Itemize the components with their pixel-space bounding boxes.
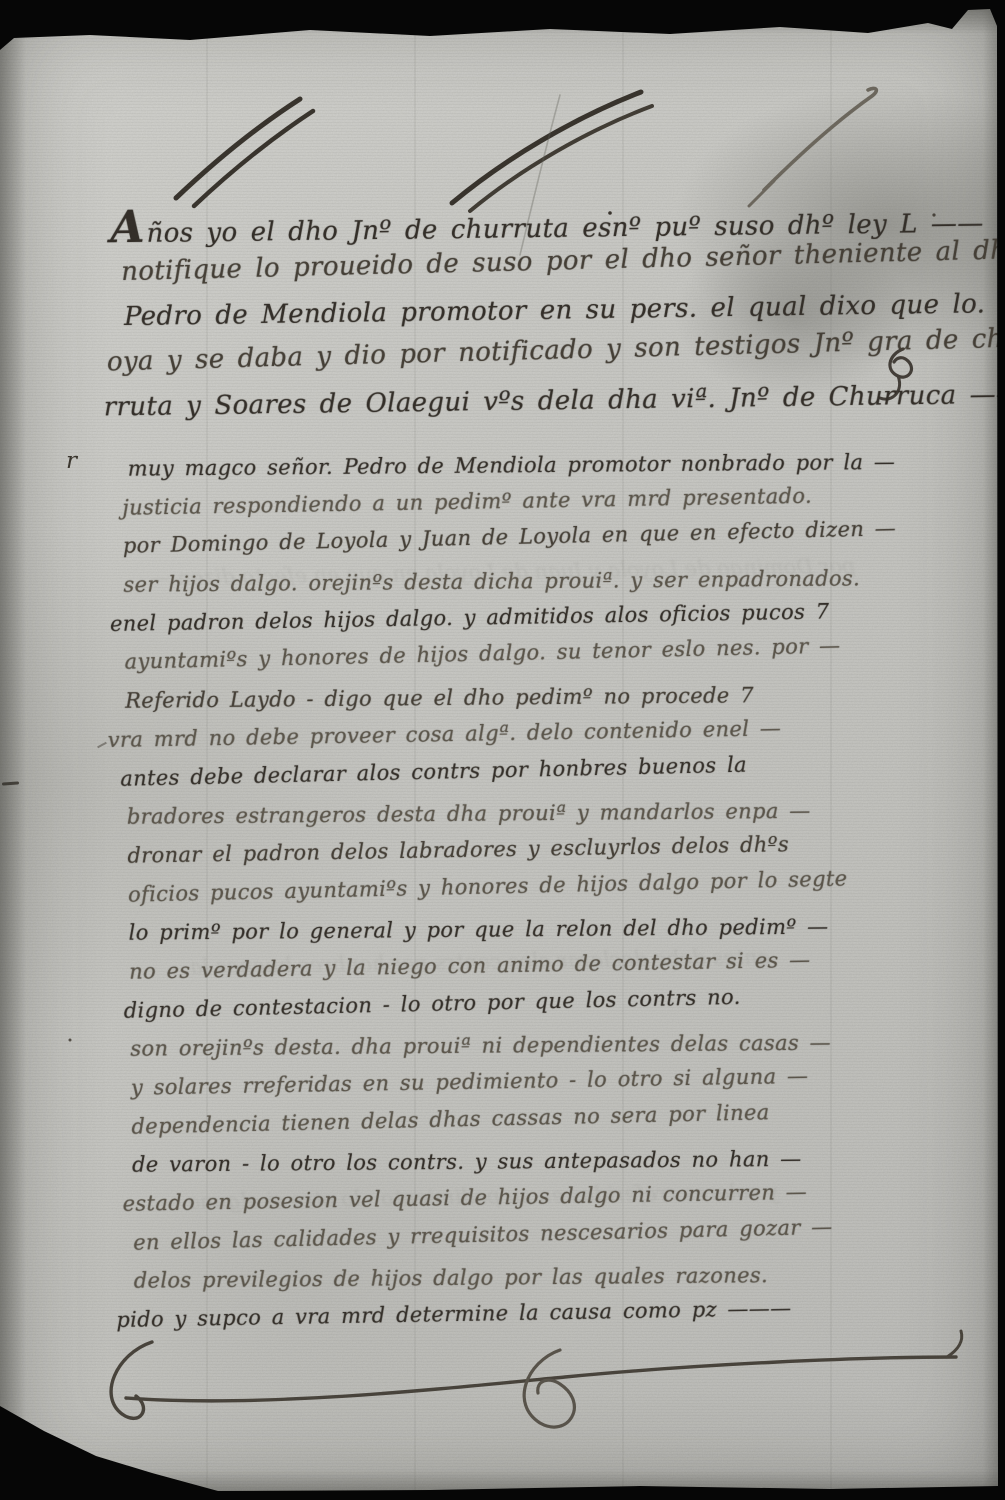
slash-flourish-icon xyxy=(194,111,313,206)
scanned-manuscript-page: por Domingo de Loyola y Juan de Loyola e… xyxy=(0,0,1005,1500)
slash-flourish-icon xyxy=(764,88,876,190)
signature-rubric-icon xyxy=(947,1331,962,1357)
petition-paragraph: muy magco señor. Pedro de Mendiola promo… xyxy=(121,438,908,1339)
ink-speck xyxy=(69,1039,72,1042)
page-number: 4 xyxy=(44,1451,67,1489)
closing-rule xyxy=(126,1357,956,1401)
slash-flourish-icon xyxy=(176,99,300,198)
slash-flourish-icon xyxy=(452,92,641,203)
signature-rubric-icon xyxy=(524,1350,574,1427)
notification-paragraph: Años yo el dho Jnº de churruta esnº puº … xyxy=(110,187,1005,430)
margin-tick-mark xyxy=(97,742,107,748)
manuscript-paper: por Domingo de Loyola y Juan de Loyola e… xyxy=(0,0,1005,1500)
margin-dash-mark xyxy=(2,781,19,785)
signature-rubric-icon xyxy=(111,1342,152,1418)
margin-letter: r xyxy=(66,448,77,474)
